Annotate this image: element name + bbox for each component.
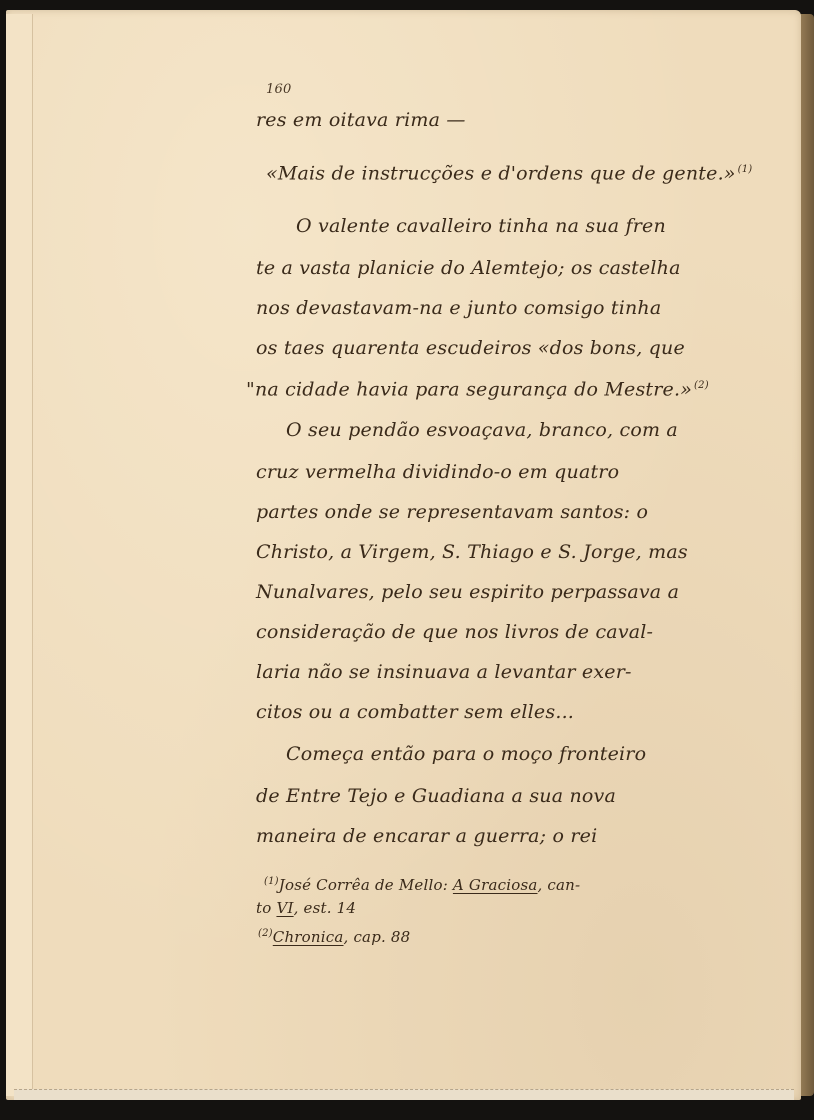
canto-number: VI: [276, 899, 293, 917]
manuscript-line: partes onde se representavam santos: o: [256, 500, 648, 524]
footnote-reference: , can-: [538, 876, 581, 894]
line-text: "na cidade havia para segurança do Mestr…: [246, 378, 692, 400]
work-title: A Graciosa: [453, 876, 538, 894]
line-text: de Entre Tejo e Guadiana a sua nova: [256, 785, 616, 807]
line-text: res em oitava rima —: [256, 109, 466, 131]
manuscript-line: nos devastavam-na e junto comsigo tinha: [256, 296, 661, 320]
footnote: (1)José Corrêa de Mello: A Graciosa, can…: [262, 872, 580, 895]
work-title: Chronica: [273, 928, 344, 946]
line-text: nos devastavam-na e junto comsigo tinha: [256, 297, 661, 319]
manuscript-line: cruz vermelha dividindo-o em quatro: [256, 460, 619, 484]
manuscript-line: citos ou a combatter sem elles...: [256, 700, 574, 724]
manuscript-line: «Mais de instrucções e d'ordens que de g…: [266, 158, 752, 185]
line-text: Christo, a Virgem, S. Thiago e S. Jorge,…: [256, 541, 688, 563]
manuscript-line: Christo, a Virgem, S. Thiago e S. Jorge,…: [256, 540, 688, 564]
manuscript-line: de Entre Tejo e Guadiana a sua nova: [256, 784, 616, 808]
line-text: O valente cavalleiro tinha na sua fren: [296, 215, 666, 237]
footnote-text: to: [256, 899, 276, 917]
footnote: (2)Chronica, cap. 88: [256, 924, 410, 947]
line-text: laria não se insinuava a levantar exer-: [256, 661, 632, 683]
scanned-manuscript: 160 res em oitava rima —«Mais de instruc…: [0, 0, 814, 1120]
manuscript-line: os taes quarenta escudeiros «dos bons, q…: [256, 336, 685, 360]
line-text: partes onde se representavam santos: o: [256, 501, 648, 523]
line-text: cruz vermelha dividindo-o em quatro: [256, 461, 619, 483]
line-text: consideração de que nos livros de caval-: [256, 621, 653, 643]
footnote-reference: , cap. 88: [344, 928, 411, 946]
page-number: 160: [266, 82, 291, 97]
manuscript-line: O seu pendão esvoaçava, branco, com a: [286, 418, 678, 442]
footnote-text: José Corrêa de Mello:: [279, 876, 453, 894]
line-text: te a vasta planicie do Alemtejo; os cast…: [256, 257, 681, 279]
manuscript-line: "na cidade havia para segurança do Mestr…: [246, 374, 709, 401]
line-text: Começa então para o moço fronteiro: [286, 743, 646, 765]
deckle-edge: [14, 1089, 794, 1100]
line-text: os taes quarenta escudeiros «dos bons, q…: [256, 337, 685, 359]
manuscript-line: Começa então para o moço fronteiro: [286, 742, 646, 766]
manuscript-line: laria não se insinuava a levantar exer-: [256, 660, 632, 684]
footnote: to VI, est. 14: [256, 898, 356, 918]
footnote-marker: (1): [738, 164, 753, 175]
line-text: citos ou a combatter sem elles...: [256, 701, 574, 723]
line-text: O seu pendão esvoaçava, branco, com a: [286, 419, 678, 441]
footnote-marker: (2): [694, 380, 709, 391]
line-text: Nunalvares, pelo seu espirito perpassava…: [256, 581, 679, 603]
manuscript-line: O valente cavalleiro tinha na sua fren: [296, 214, 666, 238]
binding-edge: [6, 14, 33, 1096]
line-text: maneira de encarar a guerra; o rei: [256, 825, 597, 847]
footnote-reference: , est. 14: [294, 899, 357, 917]
manuscript-line: te a vasta planicie do Alemtejo; os cast…: [256, 256, 681, 280]
manuscript-line: maneira de encarar a guerra; o rei: [256, 824, 597, 848]
manuscript-line: Nunalvares, pelo seu espirito perpassava…: [256, 580, 679, 604]
manuscript-line: consideração de que nos livros de caval-: [256, 620, 653, 644]
footnote-marker: (2): [258, 928, 273, 939]
line-text: «Mais de instrucções e d'ordens que de g…: [266, 162, 736, 184]
manuscript-line: res em oitava rima —: [256, 108, 466, 132]
footnote-marker: (1): [264, 876, 279, 887]
